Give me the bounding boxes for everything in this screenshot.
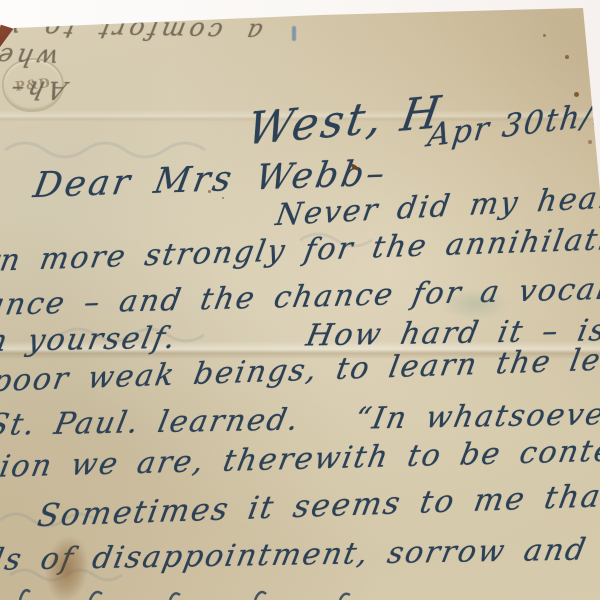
fox-speck [565,55,569,59]
fox-speck [543,34,546,37]
blue-ink-smudge [292,26,296,41]
pencil-note-line: a comfort to you [0,13,265,47]
body-line: Sometimes it seems to me that the [35,475,600,534]
ink-blot-tint [440,288,510,320]
photograph-of-letter: P&D a comfort to you when I come but fel [0,0,600,600]
fox-speck [574,92,579,97]
fox-speck [588,140,592,144]
letter-paper: P&D a comfort to you when I come but fel [0,0,600,600]
body-line: ds of disappointment, sorrow and trial [0,531,600,578]
heading-date: Apr 30th/58 [426,92,600,154]
heading-place: West, H [244,87,447,156]
